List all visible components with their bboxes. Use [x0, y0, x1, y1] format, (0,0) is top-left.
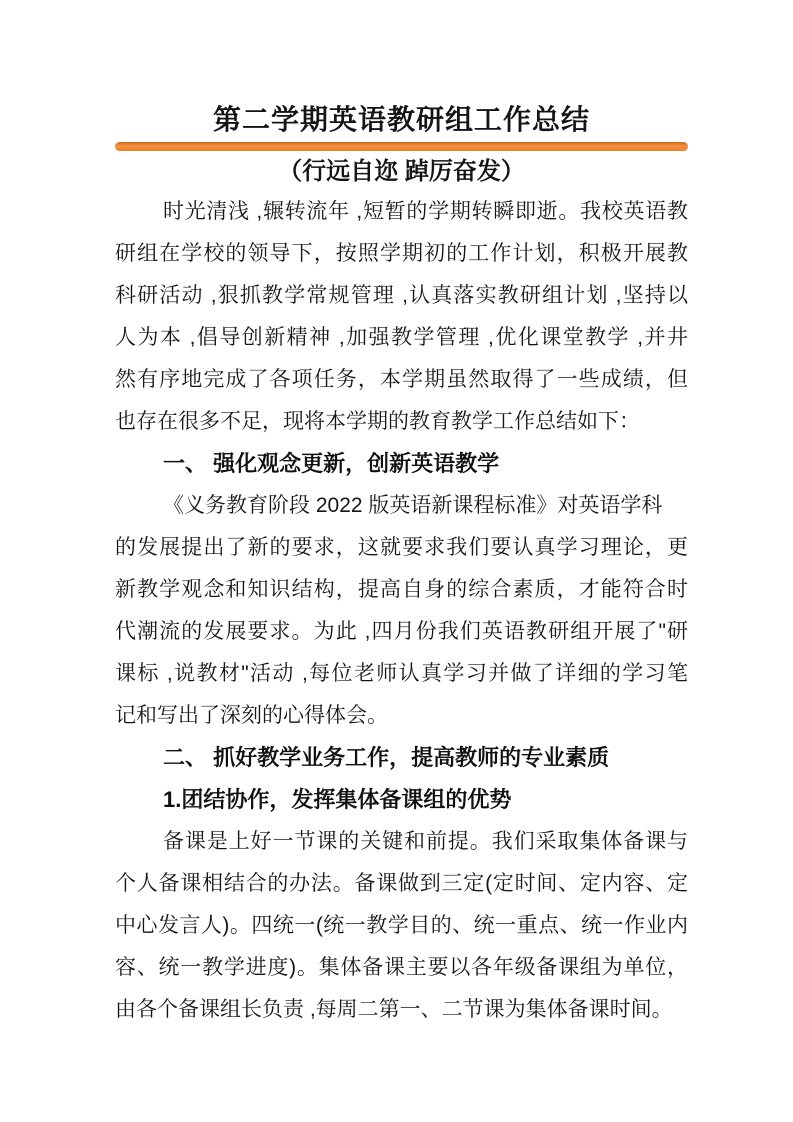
document-page: 第二学期英语教研组工作总结 （行远自迩 踔厉奋发） 时光清浅 ,辗转流年 ,短暂… — [0, 0, 793, 1122]
text-line: 课标 ,说教材"活动 ,每位老师认真学习并做了详细的学习笔 — [115, 653, 688, 695]
paragraph-2: 《义务教育阶段 2022 版英语新课程标准》对英语学科 的发展提出了新的要求，这… — [115, 485, 688, 737]
document-title: 第二学期英语教研组工作总结 — [115, 102, 688, 138]
text-line: 时光清浅 ,辗转流年 ,短暂的学期转瞬即逝。我校英语教 — [115, 191, 688, 233]
text-line: 备课是上好一节课的关键和前提。我们采取集体备课与 — [115, 821, 688, 863]
text-line: 个人备课相结合的办法。备课做到三定(定时间、定内容、定 — [115, 863, 688, 905]
text-line: 然有序地完成了各项任务，本学期虽然取得了一些成绩，但 — [115, 359, 688, 401]
text-line: 容、统一教学进度)。集体备课主要以各年级备课组为单位， — [115, 947, 688, 989]
text-line: 科研活动 ,狠抓教学常规管理 ,认真落实教研组计划 ,坚持以 — [115, 275, 688, 317]
text-line: 中心发言人)。四统一(统一教学目的、统一重点、统一作业内 — [115, 905, 688, 947]
text-line: 《义务教育阶段 2022 版英语新课程标准》对英语学科 — [115, 485, 688, 527]
title-underline-bar — [115, 142, 688, 151]
section-heading-2: 二、 抓好教学业务工作，提高教师的专业素质 — [115, 737, 688, 779]
text-line: 也存在很多不足，现将本学期的教育教学工作总结如下： — [115, 401, 688, 443]
text-line: 人为本 ,倡导创新精神 ,加强教学管理 ,优化课堂教学 ,并井 — [115, 317, 688, 359]
paragraph-1: 时光清浅 ,辗转流年 ,短暂的学期转瞬即逝。我校英语教 研组在学校的领导下，按照… — [115, 191, 688, 443]
paragraph-3: 备课是上好一节课的关键和前提。我们采取集体备课与 个人备课相结合的办法。备课做到… — [115, 821, 688, 1031]
section-heading-1: 一、 强化观念更新，创新英语教学 — [115, 443, 688, 485]
text-line: 记和写出了深刻的心得体会。 — [115, 695, 688, 737]
text-line: 由各个备课组长负责 ,每周二第一、二节课为集体备课时间。 — [115, 989, 688, 1031]
document-subtitle: （行远自迩 踔厉奋发） — [115, 153, 688, 191]
document-body: 时光清浅 ,辗转流年 ,短暂的学期转瞬即逝。我校英语教 研组在学校的领导下，按照… — [115, 191, 688, 1031]
text-line: 研组在学校的领导下，按照学期初的工作计划，积极开展教 — [115, 233, 688, 275]
section-heading-3: 1.团结协作，发挥集体备课组的优势 — [115, 779, 688, 821]
text-line: 的发展提出了新的要求，这就要求我们要认真学习理论，更 — [115, 527, 688, 569]
text-line: 新教学观念和知识结构，提高自身的综合素质，才能符合时 — [115, 569, 688, 611]
text-line: 代潮流的发展要求。为此 ,四月份我们英语教研组开展了"研 — [115, 611, 688, 653]
